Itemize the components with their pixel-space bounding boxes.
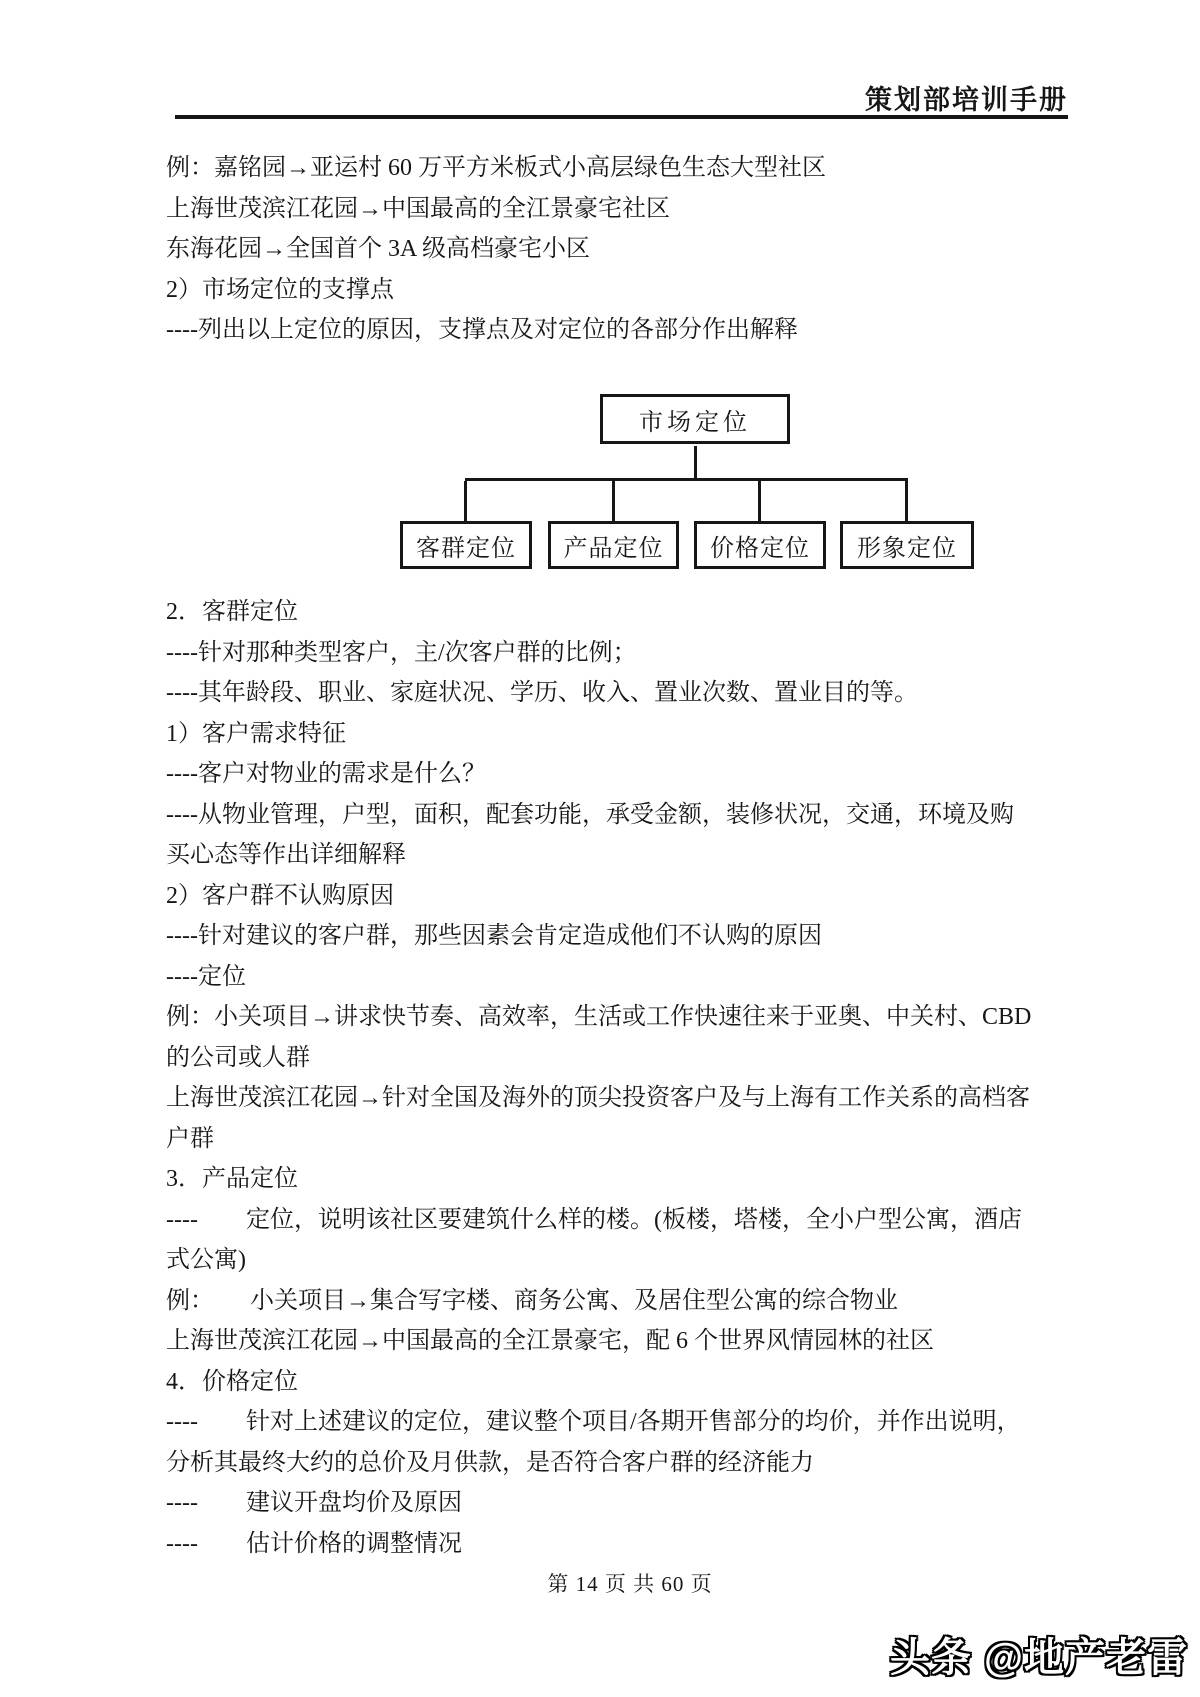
text-line: 上海世茂滨江花园→针对全国及海外的顶尖投资客户及与上海有工作关系的高档客 bbox=[166, 1078, 1031, 1119]
text-line: 2）客户群不认购原因 bbox=[166, 876, 1031, 917]
text-line: 东海花园→全国首个 3A 级高档豪宅小区 bbox=[166, 229, 826, 270]
text-line: ----列出以上定位的原因，支撑点及对定位的各部分作出解释 bbox=[166, 310, 826, 351]
flowchart-root-box: 市场定位 bbox=[600, 394, 790, 444]
connector-bar bbox=[465, 478, 908, 481]
flowchart-child-box-customer: 客群定位 bbox=[400, 521, 532, 569]
header-divider-line bbox=[175, 115, 1068, 119]
connector-drop-3 bbox=[758, 481, 761, 521]
text-line: 买心态等作出详细解释 bbox=[166, 835, 1031, 876]
text-line: ----针对那种类型客户，主/次客户群的比例； bbox=[166, 633, 1031, 674]
text-line: ---- 针对上述建议的定位，建议整个项目/各期开售部分的均价，并作出说明， bbox=[166, 1402, 1031, 1443]
flowchart-child-box-price: 价格定位 bbox=[694, 521, 826, 569]
connector-drop-1 bbox=[464, 481, 467, 521]
connector-stem bbox=[694, 446, 697, 478]
text-line: 2）市场定位的支撑点 bbox=[166, 270, 826, 311]
text-line: 上海世茂滨江花园→中国最高的全江景豪宅社区 bbox=[166, 189, 826, 230]
watermark-text: 头条 @地产老雷 bbox=[890, 1626, 1188, 1683]
text-line: 例： 小关项目→集合写字楼、商务公寓、及居住型公寓的综合物业 bbox=[166, 1281, 1031, 1322]
connector-drop-4 bbox=[905, 481, 908, 521]
body-paragraphs: 2．客群定位----针对那种类型客户，主/次客户群的比例；----其年龄段、职业… bbox=[166, 592, 1031, 1564]
text-line: 分析其最终大约的总价及月供款，是否符合客户群的经济能力 bbox=[166, 1443, 1031, 1484]
text-line: 例：小关项目→讲求快节奏、高效率，生活或工作快速往来于亚奥、中关村、CBD bbox=[166, 997, 1031, 1038]
header-title: 策划部培训手册 bbox=[865, 78, 1068, 117]
text-line: ----其年龄段、职业、家庭状况、学历、收入、置业次数、置业目的等。 bbox=[166, 673, 1031, 714]
text-line: 上海世茂滨江花园→中国最高的全江景豪宅，配 6 个世界风情园林的社区 bbox=[166, 1321, 1031, 1362]
text-line: 户群 bbox=[166, 1119, 1031, 1160]
text-line: ----针对建议的客户群，那些因素会肯定造成他们不认购的原因 bbox=[166, 916, 1031, 957]
text-line: 2．客群定位 bbox=[166, 592, 1031, 633]
text-line: ---- 定位，说明该社区要建筑什么样的楼。(板楼，塔楼，全小户型公寓，酒店 bbox=[166, 1200, 1031, 1241]
intro-paragraphs: 例：嘉铭园→亚运村 60 万平方米板式小高层绿色生态大型社区上海世茂滨江花园→中… bbox=[166, 148, 826, 351]
text-line: ---- 建议开盘均价及原因 bbox=[166, 1483, 1031, 1524]
text-line: ----客户对物业的需求是什么？ bbox=[166, 754, 1031, 795]
text-line: 例：嘉铭园→亚运村 60 万平方米板式小高层绿色生态大型社区 bbox=[166, 148, 826, 189]
text-line: ----定位 bbox=[166, 957, 1031, 998]
flowchart-child-box-image: 形象定位 bbox=[840, 521, 974, 569]
text-line: ---- 估计价格的调整情况 bbox=[166, 1524, 1031, 1565]
document-page: 策划部培训手册 例：嘉铭园→亚运村 60 万平方米板式小高层绿色生态大型社区上海… bbox=[0, 0, 1200, 1697]
text-line: ----从物业管理，户型，面积，配套功能，承受金额，装修状况，交通，环境及购 bbox=[166, 795, 1031, 836]
text-line: 4．价格定位 bbox=[166, 1362, 1031, 1403]
text-line: 1）客户需求特征 bbox=[166, 714, 1031, 755]
text-line: 的公司或人群 bbox=[166, 1038, 1031, 1079]
text-line: 3．产品定位 bbox=[166, 1159, 1031, 1200]
text-line: 式公寓) bbox=[166, 1240, 1031, 1281]
page-number: 第 14 页 共 60 页 bbox=[30, 1568, 1200, 1598]
connector-drop-2 bbox=[612, 481, 615, 521]
flowchart-child-box-product: 产品定位 bbox=[548, 521, 679, 569]
